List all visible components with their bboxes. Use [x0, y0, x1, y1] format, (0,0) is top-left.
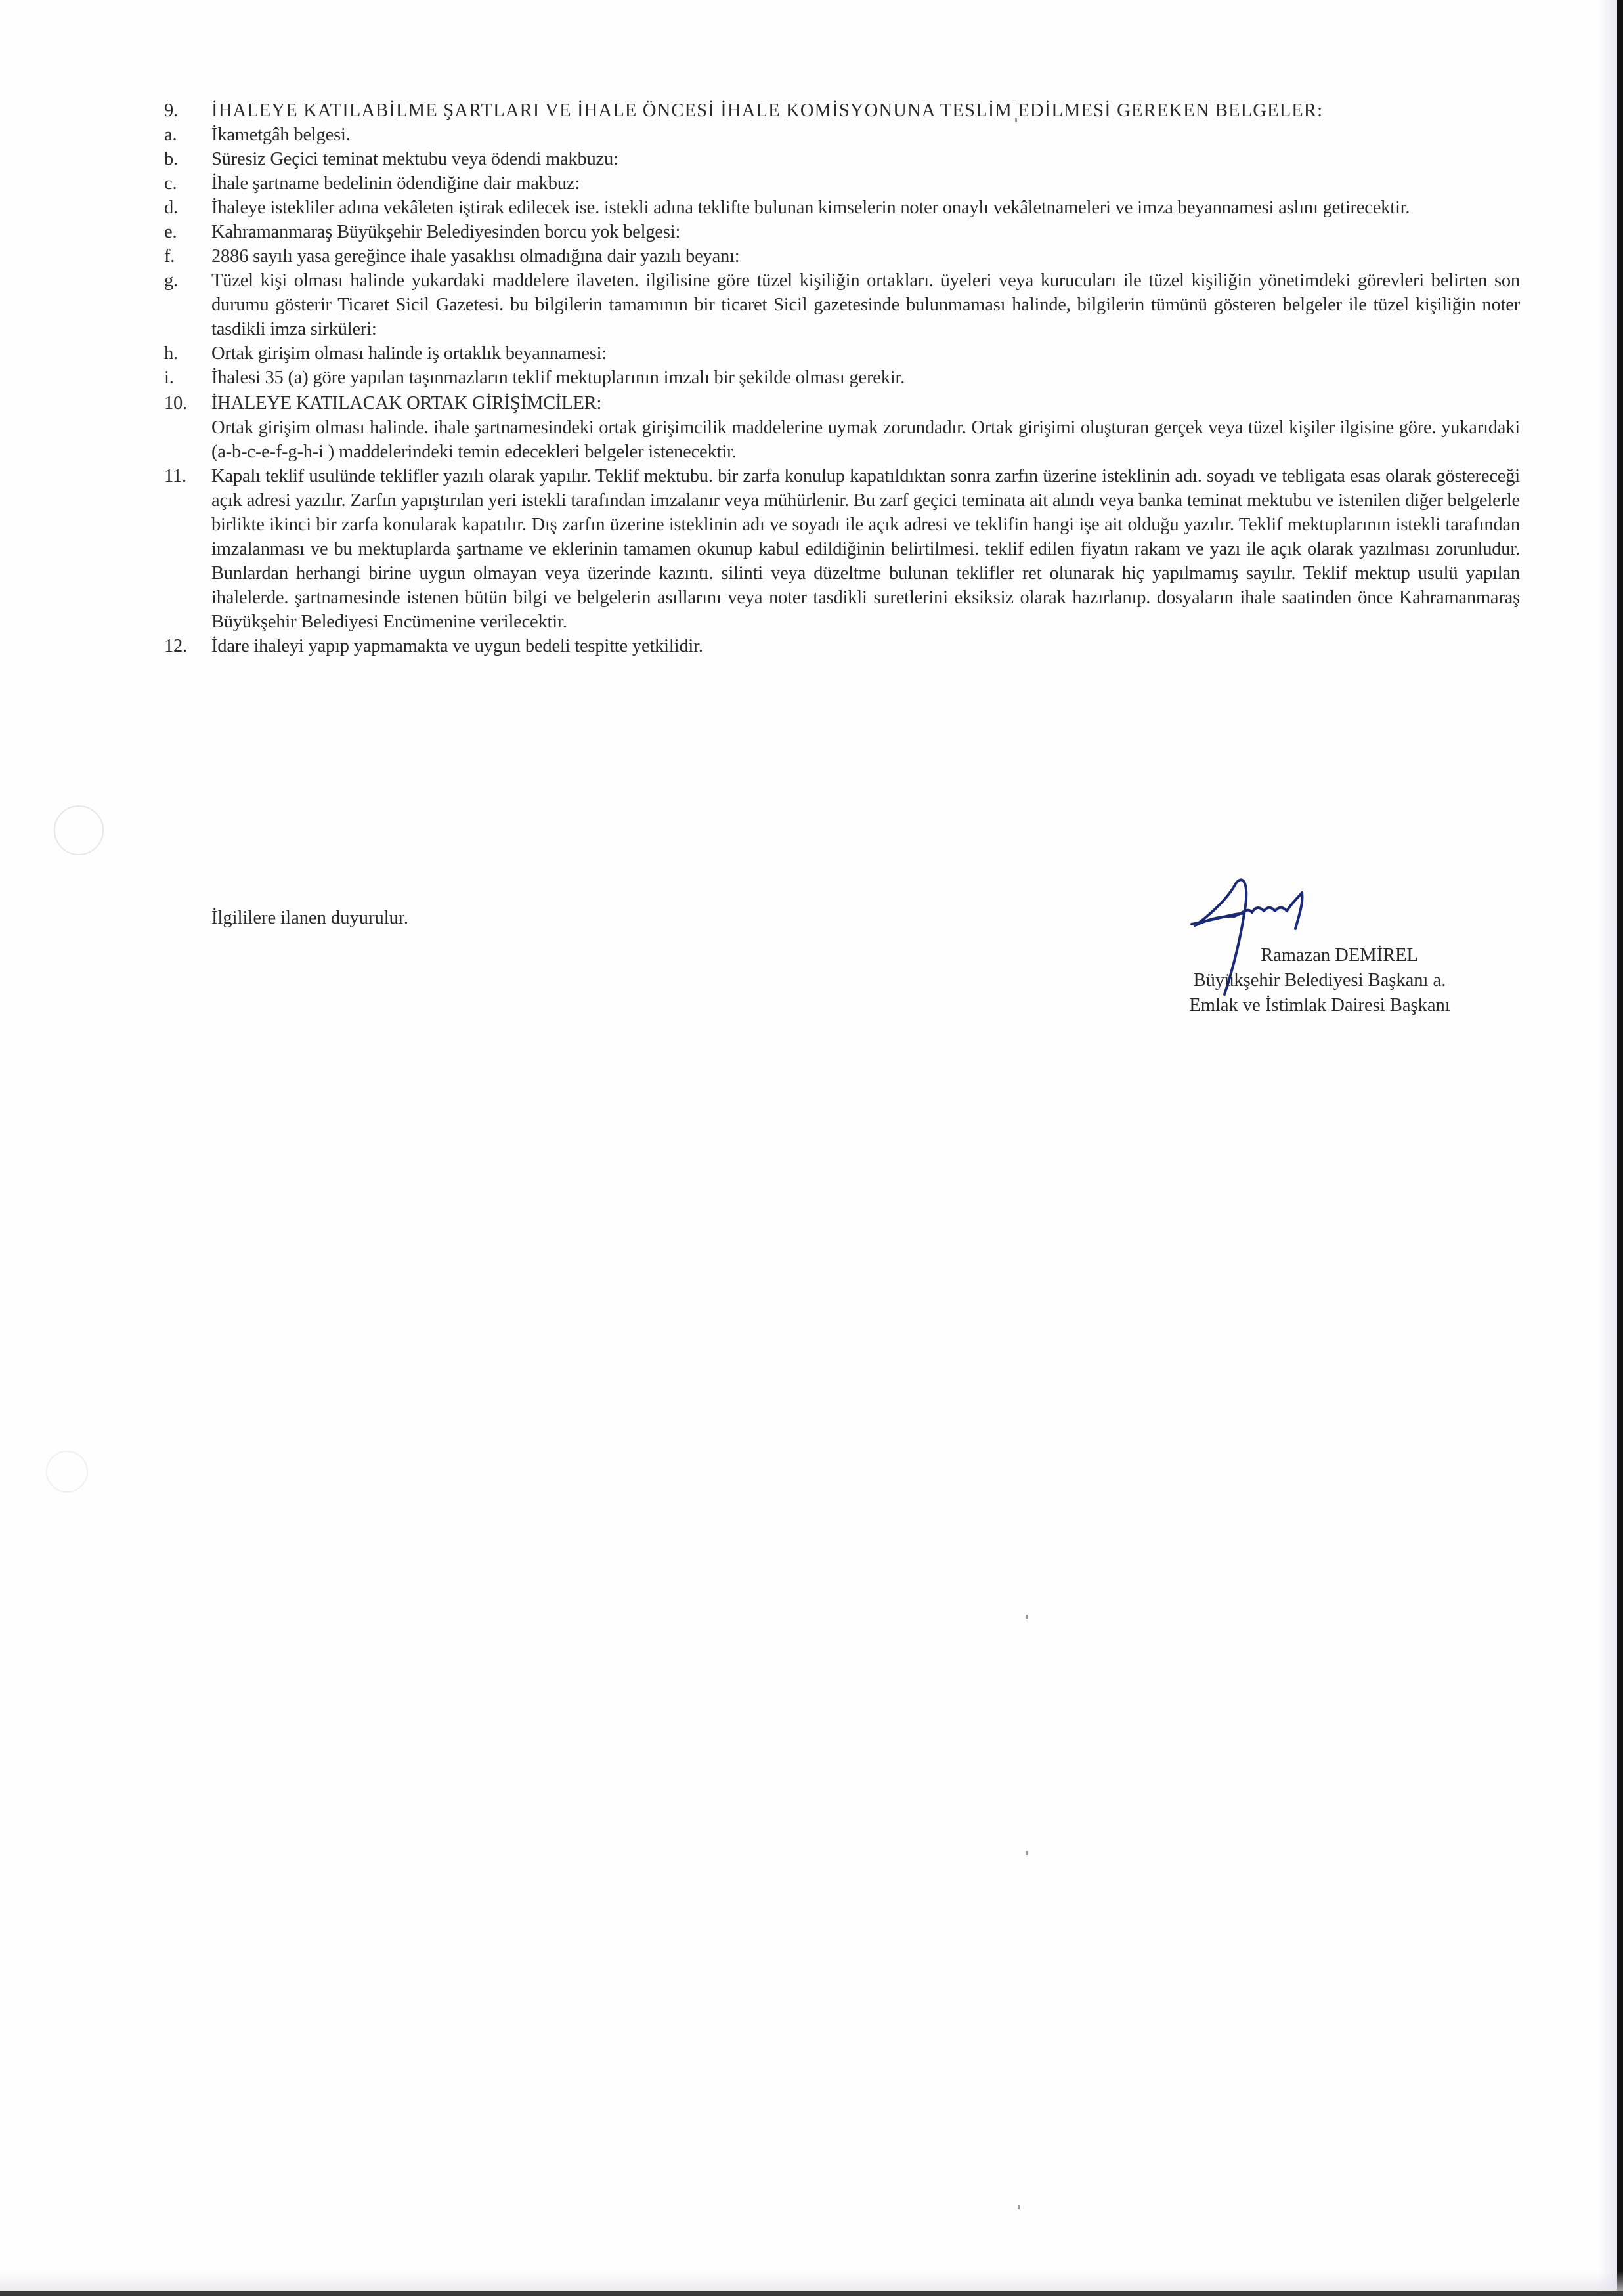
scan-edge-bottom — [0, 2291, 1623, 2296]
scan-edge-shadow-bottom — [0, 2271, 1623, 2291]
scan-speck — [1026, 1615, 1028, 1619]
list-item: f. 2886 sayılı yasa gereğince ihale yasa… — [164, 244, 1520, 268]
punch-hole-mark — [46, 1451, 88, 1493]
section-11: 11. Kapalı teklif usulünde teklifler yaz… — [164, 464, 1520, 634]
scan-edge-shadow — [1597, 0, 1617, 2296]
signatory-department: Emlak ve İstimlak Dairesi Başkanı — [1136, 993, 1504, 1018]
list-item: b. Süresiz Geçici teminat mektubu veya ö… — [164, 147, 1520, 171]
signature-block: Ramazan DEMİREL Büyükşehir Belediyesi Ba… — [1136, 943, 1504, 1018]
item-label: a. — [164, 123, 211, 147]
signatory-title: Büyükşehir Belediyesi Başkanı a. — [1136, 968, 1504, 993]
section-10-body: Ortak girişim olması halinde. ihale şart… — [164, 415, 1520, 464]
item-text: İhale şartname bedelinin ödendiğine dair… — [211, 171, 1520, 196]
item-label: e. — [164, 220, 211, 244]
list-item: a. İkametgâh belgesi. — [164, 123, 1520, 147]
list-item: d. İhaleye istekliler adına vekâleten iş… — [164, 196, 1520, 220]
section-number: 12. — [164, 634, 211, 658]
section-body: Kapalı teklif usulünde teklifler yazılı … — [211, 464, 1520, 634]
section-body: Ortak girişim olması halinde. ihale şart… — [211, 415, 1520, 464]
item-label: d. — [164, 196, 211, 220]
section-heading: İHALEYE KATILABİLME ŞARTLARI VE İHALE ÖN… — [211, 98, 1520, 123]
item-label: h. — [164, 341, 211, 366]
list-item: g. Tüzel kişi olması halinde yukardaki m… — [164, 268, 1520, 341]
item-text: Kahramanmaraş Büyükşehir Belediyesinden … — [211, 220, 1520, 244]
item-text: İkametgâh belgesi. — [211, 123, 1520, 147]
item-text: Süresiz Geçici teminat mektubu veya öden… — [211, 147, 1520, 171]
item-label: i. — [164, 366, 211, 390]
section-heading: İHALEYE KATILACAK ORTAK GİRİŞİMCİLER: — [211, 391, 1520, 415]
document-body: 9. İHALEYE KATILABİLME ŞARTLARI VE İHALE… — [164, 98, 1520, 658]
list-item: i. İhalesi 35 (a) göre yapılan taşınmazl… — [164, 366, 1520, 390]
signatory-name: Ramazan DEMİREL — [1136, 943, 1504, 968]
section-10: 10. İHALEYE KATILACAK ORTAK GİRİŞİMCİLER… — [164, 391, 1520, 415]
list-item: e. Kahramanmaraş Büyükşehir Belediyesind… — [164, 220, 1520, 244]
closing-statement: İlgililere ilanen duyurulur. — [211, 906, 408, 930]
item-text: İhalesi 35 (a) göre yapılan taşınmazları… — [211, 366, 1520, 390]
item-label: f. — [164, 244, 211, 268]
section-number: 9. — [164, 98, 211, 123]
scanned-document-page: 9. İHALEYE KATILABİLME ŞARTLARI VE İHALE… — [0, 0, 1623, 2296]
item-text: Tüzel kişi olması halinde yukardaki madd… — [211, 268, 1520, 341]
scan-speck — [1026, 1851, 1028, 1855]
scan-speck — [1018, 2205, 1020, 2209]
list-item: c. İhale şartname bedelinin ödendiğine d… — [164, 171, 1520, 196]
item-text: 2886 sayılı yasa gereğince ihale yasaklı… — [211, 244, 1520, 268]
section-9: 9. İHALEYE KATILABİLME ŞARTLARI VE İHALE… — [164, 98, 1520, 123]
item-label: b. — [164, 147, 211, 171]
item-text: İhaleye istekliler adına vekâleten iştir… — [211, 196, 1520, 220]
section-number: 10. — [164, 391, 211, 415]
section-body: İdare ihaleyi yapıp yapmamakta ve uygun … — [211, 634, 1520, 658]
section-12: 12. İdare ihaleyi yapıp yapmamakta ve uy… — [164, 634, 1520, 658]
item-label: g. — [164, 268, 211, 341]
item-text: Ortak girişim olması halinde iş ortaklık… — [211, 341, 1520, 366]
list-item: h. Ortak girişim olması halinde iş ortak… — [164, 341, 1520, 366]
scan-edge-right — [1617, 0, 1623, 2296]
punch-hole-mark — [54, 805, 104, 855]
section-number: 11. — [164, 464, 211, 634]
item-label: c. — [164, 171, 211, 196]
